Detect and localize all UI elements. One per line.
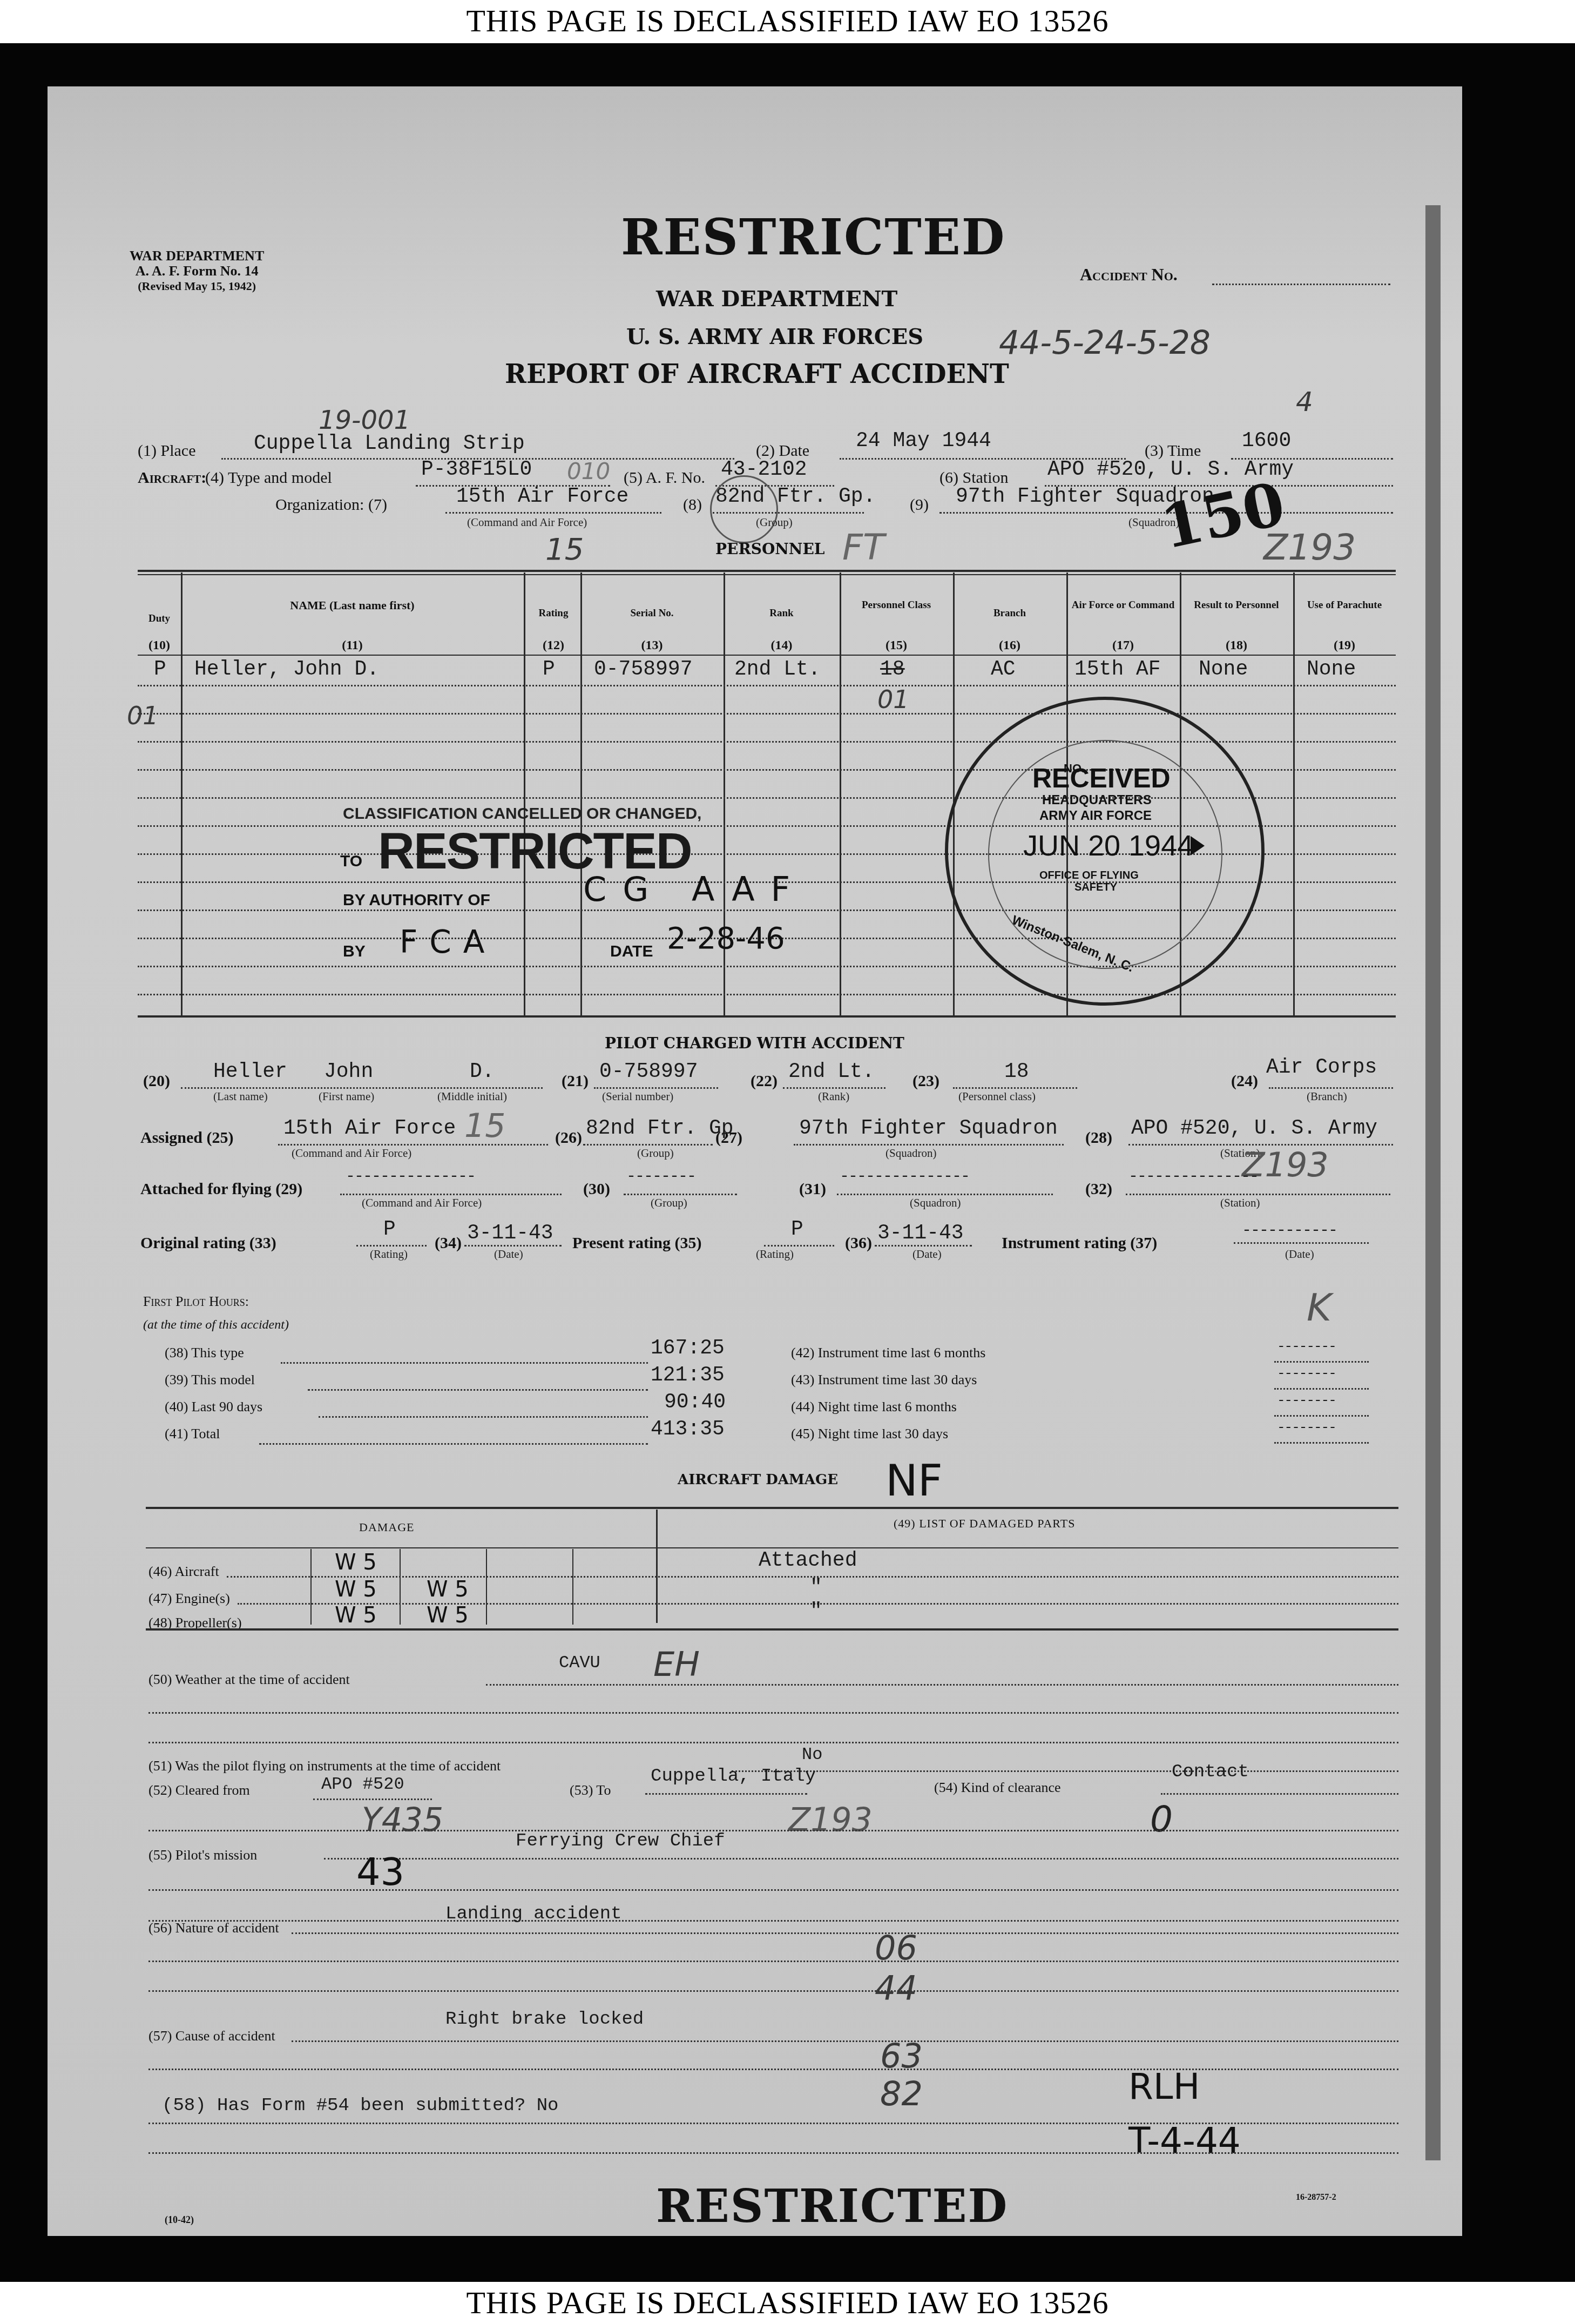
declass-by-label: BY bbox=[343, 942, 366, 961]
pilot-rank: 2nd Lt. bbox=[788, 1060, 875, 1083]
mission-line bbox=[324, 1858, 1398, 1860]
nature-label: (56) Nature of accident bbox=[148, 1920, 279, 1936]
stamp-office: OFFICE OF FLYING bbox=[1039, 870, 1139, 882]
present-rating: P bbox=[791, 1218, 803, 1241]
handwritten-page-mark: T-4-44 bbox=[1128, 2120, 1241, 2161]
declass-authority-label: BY AUTHORITY OF bbox=[343, 891, 490, 910]
clearance-label: (54) Kind of clearance bbox=[934, 1780, 1061, 1796]
night-6mo: -------- bbox=[1277, 1392, 1336, 1409]
assigned-command-underline bbox=[278, 1144, 548, 1146]
col-rank: Rank bbox=[724, 608, 840, 619]
cleared-from-line bbox=[313, 1798, 432, 1800]
line bbox=[148, 1889, 1398, 1891]
weather-line-3 bbox=[148, 1742, 1398, 1743]
weather-label: (50) Weather at the time of accident bbox=[148, 1672, 350, 1688]
caption-last-name: (Last name) bbox=[213, 1090, 268, 1103]
form-identifier: WAR DEPARTMENT A. A. F. Form No. 14 (Rev… bbox=[130, 248, 264, 294]
caption-class: (Personnel class) bbox=[958, 1090, 1036, 1103]
station-label: (6) Station bbox=[939, 469, 1009, 487]
row-line bbox=[138, 685, 1396, 686]
date-label: (2) Date bbox=[756, 442, 809, 460]
hours-title: First Pilot Hours: bbox=[143, 1294, 249, 1310]
leader bbox=[1274, 1442, 1369, 1444]
type-model-annotation: 010 bbox=[567, 458, 610, 484]
group-underline bbox=[713, 512, 864, 514]
damage-header: DAMAGE bbox=[359, 1520, 415, 1534]
caption-serial: (Serial number) bbox=[602, 1090, 673, 1103]
col-num: (18) bbox=[1180, 638, 1293, 653]
type-model-label: (4) Type and model bbox=[205, 469, 332, 487]
command-underline bbox=[445, 512, 661, 514]
cell-rank: 2nd Lt. bbox=[734, 658, 821, 681]
line bbox=[148, 1830, 1398, 1831]
pilot-branch-label: (24) bbox=[1231, 1072, 1258, 1090]
branch-underline bbox=[1269, 1087, 1393, 1089]
original-rating-underline bbox=[356, 1245, 427, 1247]
pilot-first-name: John bbox=[324, 1060, 373, 1083]
caption-middle: (Middle initial) bbox=[437, 1090, 507, 1103]
caption-attached-group: (Group) bbox=[651, 1196, 687, 1210]
original-rating-label: Original rating (33) bbox=[140, 1234, 276, 1252]
assigned-command: 15th Air Force bbox=[283, 1117, 456, 1140]
caption-assigned-command: (Command and Air Force) bbox=[292, 1147, 411, 1160]
cell-class: 18 bbox=[880, 658, 905, 681]
declassified-banner-bottom: THIS PAGE IS DECLASSIFIED IAW EO 13526 bbox=[0, 2282, 1575, 2324]
cell-command: 15th AF bbox=[1074, 658, 1161, 681]
cell-branch: AC bbox=[991, 658, 1016, 681]
pilot-serial: 0-758997 bbox=[599, 1060, 698, 1083]
col-num: (15) bbox=[840, 638, 953, 653]
handwritten-initials: RLH bbox=[1128, 2066, 1200, 2107]
damage-aircraft-part: Attached bbox=[759, 1549, 857, 1572]
instruments-line bbox=[732, 1770, 1398, 1772]
present-rating-label: Present rating (35) bbox=[572, 1234, 701, 1252]
damage-col bbox=[310, 1549, 312, 1625]
class-underline bbox=[953, 1087, 1077, 1089]
stamp-date: JUN 20 1944 bbox=[1023, 829, 1193, 863]
original-date-label: (34) bbox=[435, 1234, 462, 1252]
caption-present-date: (Date) bbox=[912, 1248, 942, 1261]
nature-line bbox=[292, 1932, 1398, 1934]
instrument-6mo-label: (42) Instrument time last 6 months bbox=[791, 1345, 985, 1361]
caption-first-name: (First name) bbox=[319, 1090, 374, 1103]
handwritten-mark-15-pilot: 15 bbox=[464, 1107, 505, 1145]
organization-label: Organization: (7) bbox=[275, 496, 387, 514]
cause-label: (57) Cause of accident bbox=[148, 2028, 275, 2044]
accident-no-field[interactable] bbox=[1212, 284, 1390, 285]
clearance-mark: 0 bbox=[1150, 1798, 1173, 1840]
damage-aircraft-label: (46) Aircraft bbox=[148, 1564, 219, 1580]
declassified-banner-top: THIS PAGE IS DECLASSIFIED IAW EO 13526 bbox=[0, 0, 1575, 43]
hours-last-90: 90:40 bbox=[664, 1391, 726, 1414]
attached-label: Attached for flying (29) bbox=[140, 1180, 302, 1198]
report-title: REPORT OF AIRCRAFT ACCIDENT bbox=[505, 359, 1009, 389]
form54-label: (58) Has Form #54 been submitted? bbox=[162, 2096, 525, 2116]
form54-value: No bbox=[537, 2096, 559, 2116]
damage-col bbox=[572, 1549, 573, 1625]
line bbox=[148, 2069, 1398, 2070]
pilot-rank-label: (22) bbox=[751, 1072, 778, 1090]
caption-original-date: (Date) bbox=[494, 1248, 523, 1261]
line bbox=[148, 1920, 1398, 1922]
declass-authority-value: CG AAF bbox=[583, 870, 806, 909]
table-top-rule bbox=[138, 570, 1396, 572]
table-bottom-rule bbox=[138, 1015, 1396, 1018]
leader bbox=[1274, 1361, 1369, 1363]
service-heading: U. S. ARMY AIR FORCES bbox=[626, 324, 923, 349]
handwritten-page: 4 bbox=[1296, 386, 1313, 417]
assigned-label: Assigned (25) bbox=[140, 1129, 234, 1147]
attached-station-label: (32) bbox=[1085, 1180, 1112, 1198]
print-code: 16-28757-2 bbox=[1296, 2193, 1336, 2202]
col-result: Result to Personnel bbox=[1180, 599, 1293, 611]
form54-row: (58) Has Form #54 been submitted? No bbox=[162, 2096, 559, 2116]
pilot-class: 18 bbox=[1004, 1060, 1029, 1083]
cell-result: None bbox=[1199, 658, 1248, 681]
leader bbox=[319, 1416, 648, 1418]
group-label: (8) bbox=[683, 496, 702, 514]
damage-propeller-code2: W 5 bbox=[427, 1603, 469, 1628]
handwritten-01-class: 01 bbox=[877, 685, 909, 714]
hours-this-model-label: (39) This model bbox=[165, 1372, 255, 1388]
damage-engine-part: " bbox=[810, 1576, 822, 1599]
caption-attached-command: (Command and Air Force) bbox=[362, 1196, 482, 1210]
cleared-from-value: APO #520 bbox=[321, 1774, 404, 1794]
assigned-squadron-label: (27) bbox=[715, 1129, 742, 1147]
col-num: (14) bbox=[724, 638, 840, 653]
hours-this-type: 167:25 bbox=[651, 1337, 725, 1360]
damage-propeller-part: " bbox=[810, 1600, 822, 1623]
cleared-from-label: (52) Cleared from bbox=[148, 1782, 250, 1798]
leader bbox=[259, 1443, 648, 1445]
assigned-group-label: (26) bbox=[555, 1129, 582, 1147]
assigned-group: 82nd Ftr. Gp bbox=[586, 1117, 734, 1140]
col-air-force: Air Force or Command bbox=[1066, 599, 1180, 611]
squadron-label: (9) bbox=[910, 496, 929, 514]
cell-rating: P bbox=[543, 658, 555, 681]
aircraft-label: Aircraft: bbox=[138, 469, 206, 487]
pilot-class-label: (23) bbox=[912, 1072, 939, 1090]
present-date-label: (36) bbox=[845, 1234, 872, 1252]
caption-assigned-group: (Group) bbox=[637, 1147, 674, 1160]
col-num: (13) bbox=[580, 638, 724, 653]
damage-top-rule bbox=[146, 1507, 1398, 1509]
header-rule bbox=[138, 655, 1396, 656]
attached-station: --------------- bbox=[1128, 1168, 1258, 1186]
damage-section-title: AIRCRAFT DAMAGE bbox=[678, 1472, 838, 1488]
caption-present-rating: (Rating) bbox=[756, 1248, 794, 1261]
form-dept: WAR DEPARTMENT bbox=[130, 248, 264, 264]
classification-footer: RESTRICTED bbox=[656, 2179, 1008, 2233]
col-parachute: Use of Parachute bbox=[1293, 599, 1396, 611]
attached-group-underline bbox=[624, 1194, 737, 1195]
row-line bbox=[138, 994, 1396, 995]
time-label: (3) Time bbox=[1145, 442, 1201, 460]
date-value: 24 May 1944 bbox=[856, 429, 991, 453]
mission-mark: 43 bbox=[356, 1850, 404, 1894]
damage-propeller-code1: W 5 bbox=[335, 1603, 377, 1628]
night-30d-label: (45) Night time last 30 days bbox=[791, 1426, 948, 1442]
original-rating: P bbox=[383, 1218, 396, 1241]
command-value: 15th Air Force bbox=[456, 485, 628, 508]
stamp-safety: SAFETY bbox=[1074, 881, 1117, 894]
form-code: (10-42) bbox=[165, 2214, 194, 2226]
hours-subtitle: (at the time of this accident) bbox=[143, 1318, 289, 1332]
time-value: 1600 bbox=[1242, 429, 1291, 453]
attached-squadron: --------------- bbox=[840, 1168, 969, 1186]
mission-value: Ferrying Crew Chief bbox=[516, 1831, 725, 1851]
pilot-middle-initial: D. bbox=[470, 1060, 495, 1083]
to-value: Cuppella, Italy bbox=[651, 1766, 816, 1787]
declass-date-value: 2-28-46 bbox=[667, 921, 785, 956]
hours-total: 413:35 bbox=[651, 1418, 725, 1441]
col-duty: Duty bbox=[138, 613, 181, 625]
attached-squadron-label: (31) bbox=[799, 1180, 826, 1198]
attached-station-underline bbox=[1126, 1194, 1390, 1195]
assigned-squadron-underline bbox=[794, 1144, 1064, 1146]
row-line bbox=[138, 713, 1396, 715]
line bbox=[148, 2152, 1398, 2154]
handwritten-mark-15: 15 bbox=[545, 532, 584, 567]
weather-mark: EH bbox=[653, 1645, 700, 1684]
rank-underline bbox=[783, 1087, 885, 1089]
hours-total-label: (41) Total bbox=[165, 1426, 220, 1442]
pilot-name-underline bbox=[181, 1087, 543, 1089]
mission-label: (55) Pilot's mission bbox=[148, 1847, 257, 1863]
clearance-line bbox=[1161, 1793, 1398, 1795]
form-revision: (Revised May 15, 1942) bbox=[130, 279, 264, 294]
weather-line bbox=[486, 1684, 1398, 1686]
pilot-serial-label: (21) bbox=[562, 1072, 589, 1090]
declass-line1: CLASSIFICATION CANCELLED OR CHANGED, bbox=[343, 805, 701, 823]
leader bbox=[1274, 1415, 1369, 1417]
damage-col bbox=[486, 1549, 487, 1625]
instruments-value: No bbox=[802, 1744, 822, 1764]
pilot-branch: Air Corps bbox=[1266, 1056, 1377, 1079]
declass-date-label: DATE bbox=[610, 942, 653, 961]
handwritten-mark-z193: Z193 bbox=[1263, 527, 1356, 568]
page-edge bbox=[1425, 205, 1441, 2160]
handwritten-01-margin: 01 bbox=[127, 701, 159, 730]
weather-line-2 bbox=[148, 1712, 1398, 1714]
instrument-30d-label: (43) Instrument time last 30 days bbox=[791, 1372, 977, 1388]
cell-parachute: None bbox=[1307, 658, 1356, 681]
parts-header: (49) LIST OF DAMAGED PARTS bbox=[894, 1517, 1075, 1531]
col-num: (19) bbox=[1293, 638, 1396, 653]
place-value: Cuppella Landing Strip bbox=[254, 432, 525, 455]
damage-col bbox=[400, 1549, 401, 1625]
night-30d: -------- bbox=[1277, 1419, 1336, 1436]
cell-duty: P bbox=[154, 658, 166, 681]
present-date: 3-11-43 bbox=[877, 1222, 964, 1245]
caption-original-rating: (Rating) bbox=[370, 1248, 408, 1261]
nature-mark-44: 44 bbox=[875, 1969, 917, 2008]
caption-instrument-date: (Date) bbox=[1285, 1248, 1314, 1261]
instrument-6mo: -------- bbox=[1277, 1338, 1336, 1355]
col-serial: Serial No. bbox=[580, 608, 724, 619]
to-label: (53) To bbox=[570, 1782, 611, 1798]
handwritten-mark-nf: NF bbox=[885, 1456, 943, 1506]
pilot-section-title: PILOT CHARGED WITH ACCIDENT bbox=[605, 1034, 904, 1052]
assigned-group-underline bbox=[583, 1144, 713, 1146]
damage-engine-label: (47) Engine(s) bbox=[148, 1591, 230, 1607]
declass-by-value: FCA bbox=[400, 924, 497, 960]
cleared-from-mark: Y435 bbox=[362, 1801, 443, 1839]
col-rating: Rating bbox=[526, 608, 580, 619]
to-mark: Z193 bbox=[788, 1801, 873, 1839]
caption-attached-station: (Station) bbox=[1220, 1196, 1260, 1210]
col-num: (16) bbox=[953, 638, 1066, 653]
declass-to-label: TO bbox=[340, 852, 362, 871]
handwritten-code: 19-001 bbox=[319, 405, 410, 435]
stamp-aaf: ARMY AIR FORCE bbox=[1039, 809, 1152, 824]
attached-group: -------- bbox=[626, 1168, 695, 1186]
attached-group-label: (30) bbox=[583, 1180, 610, 1198]
caption-rank: (Rank) bbox=[818, 1090, 849, 1103]
to-line bbox=[645, 1793, 807, 1795]
hours-this-type-label: (38) This type bbox=[165, 1345, 244, 1361]
command-caption: (Command and Air Force) bbox=[467, 516, 587, 529]
handwritten-mark-k: K bbox=[1307, 1285, 1331, 1330]
department-heading: WAR DEPARTMENT bbox=[656, 286, 897, 312]
serial-underline bbox=[594, 1087, 718, 1089]
classification-header: RESTRICTED bbox=[621, 208, 1006, 266]
instruments-label: (51) Was the pilot flying on instruments… bbox=[148, 1758, 501, 1774]
instrument-30d: -------- bbox=[1277, 1365, 1336, 1382]
handwritten-ref: 44-5-24-5-28 bbox=[999, 324, 1211, 362]
stamp-pointer-icon bbox=[1191, 836, 1205, 855]
damage-header-rule bbox=[146, 1547, 1398, 1548]
attached-command: --------------- bbox=[346, 1168, 475, 1186]
form-number: A. A. F. Form No. 14 bbox=[130, 264, 264, 279]
damage-engine-code2: W 5 bbox=[427, 1577, 469, 1602]
col-divider bbox=[524, 572, 525, 1015]
attached-command-underline bbox=[340, 1194, 562, 1195]
assigned-station: APO #520, U. S. Army bbox=[1131, 1117, 1377, 1140]
damage-aircraft-code: W 5 bbox=[335, 1550, 377, 1575]
hours-last-90-label: (40) Last 90 days bbox=[165, 1399, 262, 1415]
group-circle-mark bbox=[710, 475, 778, 543]
col-branch: Branch bbox=[953, 608, 1066, 619]
attached-squadron-underline bbox=[837, 1194, 1053, 1195]
col-name: NAME (Last name first) bbox=[181, 599, 524, 611]
pilot-last-name-label: (20) bbox=[143, 1072, 170, 1090]
instrument-rating-underline bbox=[1234, 1242, 1369, 1244]
cell-name: Heller, John D. bbox=[194, 658, 379, 681]
hours-this-model: 121:35 bbox=[651, 1364, 725, 1387]
caption-branch: (Branch) bbox=[1307, 1090, 1347, 1103]
damage-bottom-rule bbox=[146, 1628, 1398, 1631]
col-num: (12) bbox=[526, 638, 580, 653]
col-num: (10) bbox=[138, 638, 181, 653]
type-model-value: P-38F15L0 bbox=[421, 458, 532, 481]
damage-divider bbox=[656, 1510, 658, 1623]
af-no-label: (5) A. F. No. bbox=[624, 469, 705, 487]
stamp-received: RECEIVED bbox=[1032, 763, 1171, 794]
weather-value: CAVU bbox=[559, 1653, 600, 1673]
assigned-squadron: 97th Fighter Squadron bbox=[799, 1117, 1058, 1140]
stamp-hq: HEADQUARTERS bbox=[1042, 793, 1152, 808]
col-personnel-class: Personnel Class bbox=[840, 599, 953, 611]
instrument-rating-label: Instrument rating (37) bbox=[1002, 1234, 1157, 1252]
line bbox=[148, 1990, 1398, 1992]
original-date: 3-11-43 bbox=[467, 1222, 553, 1245]
cause-value: Right brake locked bbox=[445, 2009, 644, 2030]
night-6mo-label: (44) Night time last 6 months bbox=[791, 1399, 957, 1415]
handwritten-mark-ft: FT bbox=[842, 527, 884, 568]
cause-line bbox=[292, 2040, 1398, 2042]
present-date-underline bbox=[875, 1245, 972, 1247]
assigned-station-label: (28) bbox=[1085, 1129, 1112, 1147]
place-label: (1) Place bbox=[138, 442, 195, 460]
group-caption: (Group) bbox=[756, 516, 793, 529]
cell-serial: 0-758997 bbox=[594, 658, 692, 681]
damage-engine-code1: W 5 bbox=[335, 1577, 377, 1602]
col-num: (17) bbox=[1066, 638, 1180, 653]
caption-attached-squadron: (Squadron) bbox=[910, 1196, 961, 1210]
present-rating-underline bbox=[764, 1245, 834, 1247]
original-date-underline bbox=[464, 1245, 562, 1247]
accident-no-label: Accident No. bbox=[1080, 265, 1178, 285]
line bbox=[148, 1961, 1398, 1962]
personnel-title: PERSONNEL bbox=[715, 540, 825, 558]
nature-value: Landing accident bbox=[445, 1904, 621, 1924]
cause-mark-82: 82 bbox=[880, 2074, 923, 2113]
table-top-rule-2 bbox=[138, 574, 1396, 575]
clearance-value: Contact bbox=[1172, 1762, 1249, 1782]
caption-assigned-squadron: (Squadron) bbox=[885, 1147, 936, 1160]
col-num: (11) bbox=[181, 638, 524, 653]
leader bbox=[281, 1362, 648, 1364]
pilot-last-name: Heller bbox=[213, 1060, 287, 1083]
leader bbox=[308, 1389, 648, 1391]
leader bbox=[1274, 1388, 1369, 1390]
instrument-rating: ----------- bbox=[1242, 1222, 1337, 1240]
